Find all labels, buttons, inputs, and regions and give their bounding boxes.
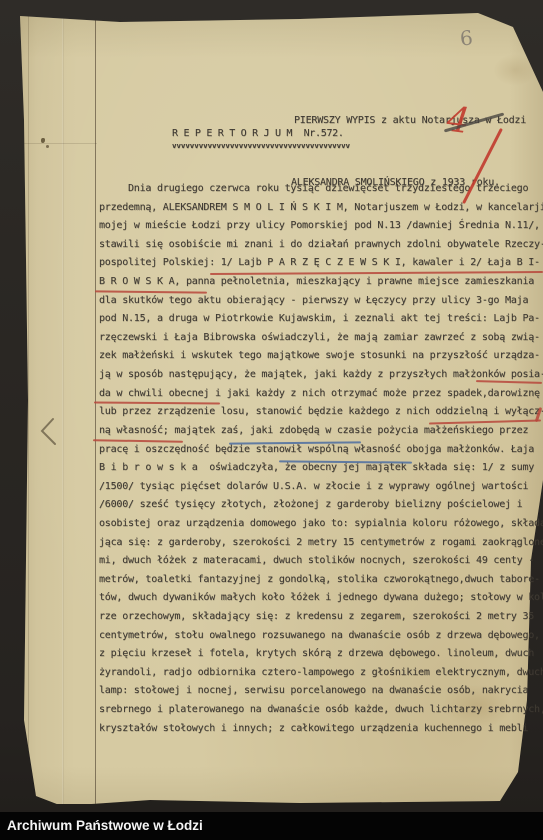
red-underline-w-chwili-obecnej — [94, 401, 220, 404]
document-text-line: ną własność; majątek zaś, jaki zdobędą w… — [99, 422, 543, 441]
document-text-line: z pięciu krzeseł i fotela, krytych skórą… — [99, 645, 543, 664]
document-text-line: zek małżeński i wskutek tego majątkowe s… — [99, 347, 543, 366]
pencil-page-number: 6 — [459, 25, 474, 50]
document-text-line: osobistej oraz urządzenia domowego jako … — [99, 515, 543, 534]
margin-rule-line — [95, 12, 96, 804]
scan-viewport: PIERWSZY WYPIS z aktu Notarjusza w Łodzi… — [0, 0, 543, 840]
document-text-line: da w chwili obecnej i jaki każdy z nich … — [99, 385, 543, 404]
document-text-line: mi, dwuch łóżek z materacami, dwuch stol… — [99, 552, 543, 571]
document-text-line: rze orzechowym, składający się: z kreden… — [99, 608, 543, 627]
document-text-line: przedemną, ALEKSANDREM S M O L I Ń S K I… — [99, 199, 543, 218]
paper-crease — [15, 143, 97, 144]
repertorium-heading: R E P E R T O R J U M Nr.572. — [172, 128, 344, 139]
document-text-line: stawili się osobiście mi znani i do dzia… — [99, 236, 543, 255]
document-text-line: rzęczewski i Łaja Bibrowska oświadczyli,… — [99, 329, 543, 348]
margin-checkmark — [37, 416, 59, 448]
document-text-line: pospolitej Polskiej: 1/ Lajb P A R Z Ę C… — [99, 254, 543, 273]
document-body-text: Dnia drugiego czerwca roku tysiąc dziewi… — [99, 180, 543, 738]
document-text-line: B R O W S K A, panna pełnoletnia, mieszk… — [99, 273, 543, 292]
document-text-line: żyrandoli, radjo odbiornika cztero-lampo… — [99, 664, 543, 683]
document-text-line: metrów, toaletki fantazyjnej z gondolką,… — [99, 571, 543, 590]
repertorium-underline: vvvvvvvvvvvvvvvvvvvvvvvvvvvvvvvvvvvvvvvv — [172, 141, 350, 150]
document-text-line: centymetrów, stołu owalnego rozsuwanego … — [99, 627, 543, 646]
document-text-line: dla skutków tego aktu obierający - pierw… — [99, 292, 543, 311]
paper-speck — [46, 145, 49, 148]
archive-watermark-text: Archiwum Państwowe w Łodzi — [0, 812, 543, 840]
document-text-line: mojej w mieście Łodzi przy ulicy Pomorsk… — [99, 217, 543, 236]
document-text-line: /1500/ tysiąc pięćset dolarów U.S.A. w z… — [99, 478, 543, 497]
document-text-line: lub przez zrządzenie losu, stanowić będz… — [99, 403, 543, 422]
paper-crease — [28, 12, 29, 804]
paper-crease — [62, 12, 64, 804]
document-text-line: kryształów stołowych i innych; z całkowi… — [99, 720, 543, 739]
document-text-line: jąca się: z garderoby, szerokości 2 metr… — [99, 534, 543, 553]
document-text-line: pod N.15, a druga w Piotrkowie Kujawskim… — [99, 310, 543, 329]
document-text-line: srebrnego i platerowanego na dwanaście o… — [99, 701, 543, 720]
archive-watermark-bar: Archiwum Państwowe w Łodzi — [0, 812, 543, 840]
document-text-line: lamp: stołowej i nocnej, serwisu porcela… — [99, 682, 543, 701]
document-text-line: /6000/ sześć tysięcy złotych, złożonej z… — [99, 496, 543, 515]
document-text-line: tów, dwuch dywaników małych koło łóżek i… — [99, 589, 543, 608]
document-text-line: Dnia drugiego czerwca roku tysiąc dziewi… — [99, 180, 543, 199]
